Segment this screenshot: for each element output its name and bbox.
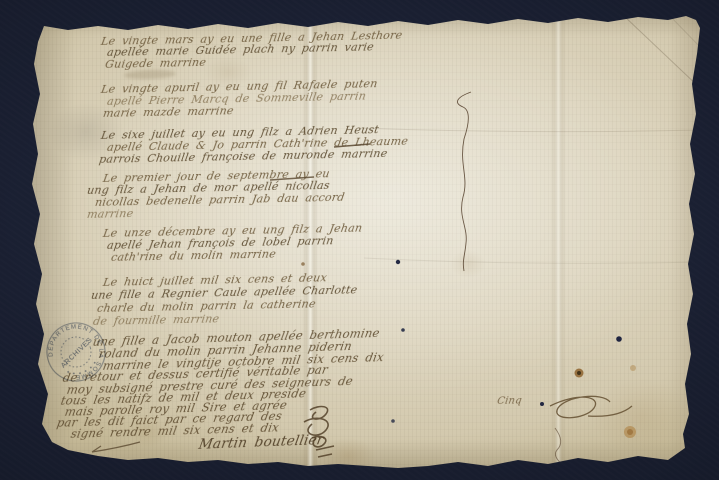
manuscript-line: de fourmille marrine [92, 313, 220, 328]
signature-flourish [550, 396, 632, 417]
manuscript-line: marie mazde marrine [102, 105, 234, 120]
vertical-fold-crease-right [550, 14, 566, 472]
stray-hair-line [457, 92, 471, 271]
corner-crease-small [670, 16, 701, 48]
manuscript-line: Guigede marrine [104, 57, 207, 71]
horizontal-crease-2 [364, 258, 702, 263]
manuscript-page: Le vingte mars ay eu une fille a Jehan L… [28, 14, 702, 472]
edge-scribble [46, 452, 59, 454]
stray-hair-line-short [555, 428, 563, 466]
stamp-inner-text: ARCHIVES [60, 336, 94, 369]
horizontal-crease [358, 128, 702, 132]
corner-crease [624, 16, 700, 88]
margin-arrow-stroke [92, 442, 140, 452]
signature: Martin boutellier [197, 433, 324, 453]
archive-photo-background: { "colors": { "background": "#1b2134", "… [0, 0, 719, 480]
manuscript-line: cath'rine du molin marrine [110, 249, 277, 265]
side-note: Cinq [496, 395, 522, 407]
ink-smudge [124, 69, 176, 80]
manuscript-line: marrine [86, 208, 134, 221]
